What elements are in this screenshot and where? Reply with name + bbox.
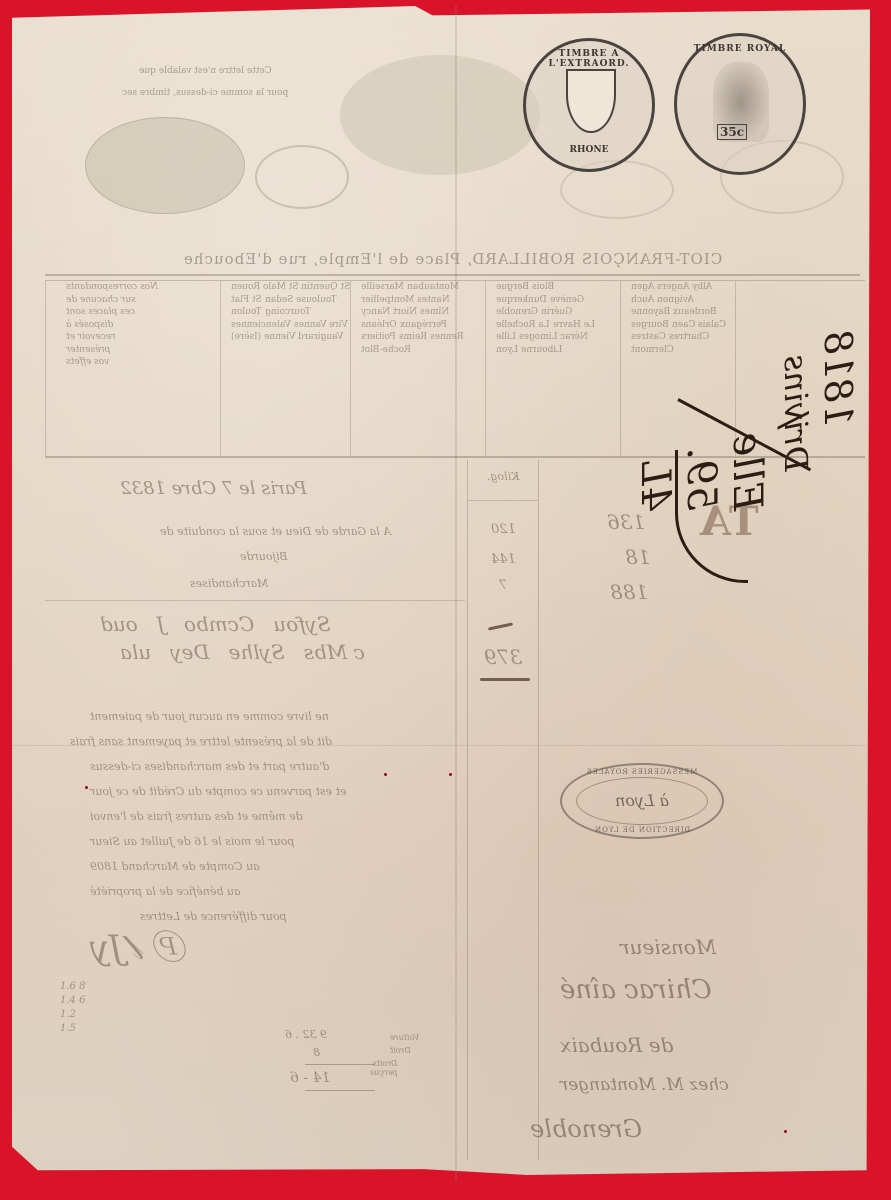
address-text: Chirac aîné <box>560 975 712 1005</box>
header-note-line2: pour la somme ci-dessus, timbre sec <box>122 82 288 104</box>
table-cell: Bergue <box>496 281 529 294</box>
table-cell: Lille <box>496 331 516 344</box>
stamp-text: à Lyon <box>615 791 669 810</box>
table-cell: Perrégaux <box>400 319 447 332</box>
margin-value: 1.6 8 <box>60 980 85 994</box>
table-cell: Sedan <box>265 294 293 307</box>
table-cell: Calais <box>698 319 726 332</box>
right-number: 18 <box>625 545 650 569</box>
table-column-cities-1: Rouen St Malo St Quentin St Flat Sedan T… <box>220 281 351 456</box>
shield-icon <box>566 69 616 133</box>
table-cell: Grenoble <box>496 306 538 319</box>
oval-top-text: MESSAGERIES ROYALES <box>562 768 722 776</box>
lower-line: de même et des autres frais de l'envoi <box>90 810 303 823</box>
table-cell: Niort <box>393 306 417 319</box>
table-cell: sur chacune de <box>66 294 136 307</box>
table-cell: Le Havre <box>553 319 595 332</box>
table-cell: Angers <box>657 281 689 294</box>
label-text: Droits perçus <box>370 1059 397 1077</box>
date-text: Paris le 7 Cbre 1832 <box>120 478 307 499</box>
line-text: au bénéfice de la propriété <box>90 885 241 898</box>
table-cell: Avignon <box>657 294 694 307</box>
table-cell: Montauban <box>407 281 459 294</box>
oval-center-text: à Lyon <box>562 791 722 810</box>
quantity-total: 379 <box>468 645 538 669</box>
scrawl: c Mbs Sylhe Dey ula <box>120 640 365 664</box>
stamp-top-text: TIMBRE ROYAL <box>677 44 803 54</box>
table-cell: Bordeaux <box>673 306 717 319</box>
total-value: 8 <box>313 1046 320 1059</box>
label-text: Voiture <box>390 1033 419 1042</box>
line-text: d'autre part et des marchandises ci-dess… <box>90 760 329 773</box>
stamp-value: 35c <box>717 124 747 140</box>
line-text: pour le mois le 16 de Juillet au Sieur <box>90 835 294 848</box>
total-label: Voiture <box>390 1033 419 1042</box>
lower-line: au Compte de Marchand 1809 <box>90 860 260 873</box>
table-cell: Guérin <box>541 306 572 319</box>
table-cell: Genève <box>550 294 584 307</box>
address-text: chez M. Montanger <box>560 1075 729 1095</box>
value-text: 136 <box>607 510 645 534</box>
line-text: Bijourde <box>240 550 288 563</box>
table-cell: Bayonne <box>631 306 670 319</box>
scrawl: Syfou Ccmbo J oud <box>100 612 331 636</box>
engraved-vignette-left <box>85 117 245 214</box>
line-text: et est parvenu ce compte du Crédit de ce… <box>90 785 346 798</box>
line-text: ne livre comme en aucun jour de paiement <box>90 710 329 723</box>
table-cell: Bourges <box>631 319 669 332</box>
line-text: A la Garde de Dieu et sous la conduite d… <box>160 525 391 538</box>
table-cell: Auch <box>631 294 654 307</box>
address-line1: Monsieur <box>620 935 716 959</box>
table-cell: recevoir et <box>66 331 115 344</box>
address-line2: Chirac aîné <box>560 975 712 1005</box>
tax-stamp-royal: TIMBRE ROYAL 35c <box>674 33 806 175</box>
value-text: 144 <box>491 552 516 567</box>
stamp-bottom-text: RHONE <box>526 145 652 155</box>
total-sum: 14 - 6 <box>290 1070 330 1086</box>
table-cell: Clermont <box>631 344 674 357</box>
value-text: 120 <box>491 522 516 537</box>
underline-mark <box>480 678 530 681</box>
lower-line: d'autre part et des marchandises ci-dess… <box>90 760 329 773</box>
table-cell: Montpellier <box>361 294 414 307</box>
table-cell: Toulon <box>231 306 262 319</box>
total-label: Droit <box>390 1046 411 1055</box>
value-text: 7 <box>499 578 507 593</box>
stamp-text: DIRECTION DE LYON <box>594 826 690 834</box>
table-cell: Poitiers <box>361 331 396 344</box>
table-cell: Nancy <box>361 306 390 319</box>
divider <box>45 600 465 601</box>
line-text: Marchandises <box>190 577 268 590</box>
signature-flourish: Ⓟ 𝓁 Jy <box>90 920 190 969</box>
divider <box>468 500 538 501</box>
value-text: 188 <box>610 580 648 604</box>
table-cell: vos effets <box>66 356 109 369</box>
lower-line: dit de la présente lettre et payement sa… <box>70 735 332 748</box>
address-line3: de Roubaix <box>560 1033 673 1057</box>
address-line4: chez M. Montanger <box>560 1075 729 1095</box>
consignment-line3: Marchandises <box>190 577 268 590</box>
table-cell: Vaugirard <box>298 331 343 344</box>
value-text: 379 <box>484 645 522 669</box>
table-cell: Dunkerque <box>496 294 547 307</box>
lower-line: ne livre comme en aucun jour de paiement <box>90 710 329 723</box>
right-number: 136 <box>607 510 645 534</box>
label-text: Droit <box>390 1046 411 1055</box>
table-column-notes: Nos correspondants sur chacune de ces pl… <box>45 281 216 456</box>
stamp-text: MESSAGERIES ROYALES <box>586 768 697 776</box>
quantity-value: 144 <box>468 552 538 567</box>
table-cell: ces places sont <box>66 306 135 319</box>
quantity-value: 7 <box>468 578 538 593</box>
table-cell: Chartres <box>669 331 709 344</box>
table-cell: présenter <box>66 344 110 357</box>
table-cell: Nos correspondants <box>66 281 158 294</box>
table-cell: Rennes <box>430 331 464 344</box>
scroll-ornament <box>255 145 349 209</box>
date-line: Paris le 7 Cbre 1832 <box>120 478 307 499</box>
table-cell: Lyon <box>496 344 518 357</box>
table-cell: Agen <box>631 281 654 294</box>
address-text: Monsieur <box>620 935 716 959</box>
table-cell: Vire <box>329 319 348 332</box>
quantity-value: 120 <box>468 522 538 537</box>
table-cell: Limoges <box>519 331 558 344</box>
table-cell: Roche-Blot <box>361 344 411 357</box>
address-text: de Roubaix <box>560 1033 673 1057</box>
line-text: au Compte de Marchand 1809 <box>90 860 260 873</box>
table-cell: Castres <box>631 331 666 344</box>
table-cell: Tourcoing <box>265 306 311 319</box>
consignment-line2: Bijourde <box>240 550 288 563</box>
table-cell: Nérac <box>560 331 588 344</box>
value-text: 8 <box>313 1046 320 1059</box>
engraved-vignette-center <box>340 55 540 175</box>
table-cell: Rouen <box>231 281 260 294</box>
printed-title-band: CIOT-FRANÇOIS ROBILLARD, Place de l'Empl… <box>45 244 860 276</box>
title-band-text: CIOT-FRANÇOIS ROBILLARD, Place de l'Empl… <box>183 244 722 274</box>
lower-line: au bénéfice de la propriété <box>90 885 241 898</box>
quantity-column: Kilog. 120 144 7 379 <box>467 460 539 1160</box>
ink-speck <box>784 1130 787 1133</box>
table-cell: St Malo <box>263 281 299 294</box>
ink-speck <box>449 773 452 776</box>
table-cell: La Rochelle <box>496 319 550 332</box>
value-text: 9 32 . 6 <box>285 1028 327 1041</box>
value-text: 14 - 6 <box>290 1070 330 1086</box>
table-cell: Blois <box>532 281 554 294</box>
table-cell: Vannes <box>294 319 327 332</box>
margin-value: 1.2 <box>60 1008 85 1022</box>
table-cell: Marseille <box>361 281 404 294</box>
line-text: dit de la présente lettre et payement sa… <box>70 735 332 748</box>
table-cell: Nîmes <box>420 306 449 319</box>
quantity-header: Kilog. <box>468 470 538 483</box>
margin-figures: 1.6 8 1.4 6 1.2 1.5 <box>60 980 85 1036</box>
table-column-cities-2: Marseille Montauban Montpellier Nantes N… <box>350 281 481 456</box>
table-cell: Valenciennes <box>231 319 291 332</box>
address-text: Grenoble <box>530 1115 642 1143</box>
stamp-top-text: TIMBRE A L'EXTRAORD. <box>526 49 652 69</box>
total-label: Droits perçus <box>370 1059 397 1077</box>
table-cell: St Quentin <box>301 281 350 294</box>
table-cell: Nantes <box>417 294 450 307</box>
oval-bottom-text: DIRECTION DE LYON <box>562 826 722 834</box>
table-cell: Toulouse <box>296 294 337 307</box>
table-cell: St Flat <box>231 294 262 307</box>
header-text: Kilog. <box>487 470 519 483</box>
table-cell: Alby <box>692 281 712 294</box>
lower-line: et est parvenu ce compte du Crédit de ce… <box>90 785 346 798</box>
right-number: 188 <box>610 580 648 604</box>
table-column-cities-3: Bergue Blois Dunkerque Genève Grenoble G… <box>485 281 606 456</box>
messagerie-oval-stamp: MESSAGERIES ROYALES à Lyon DIRECTION DE … <box>560 763 724 839</box>
table-cell: Vienne (Isère) <box>231 331 295 344</box>
table-cell: disposés à <box>66 319 113 332</box>
header-note: Cette lettre n'est valable que pour la s… <box>95 60 315 104</box>
value-text: 18 <box>625 545 650 569</box>
divider <box>305 1090 375 1091</box>
ink-speck <box>384 773 387 776</box>
consignment-line1: A la Garde de Dieu et sous la conduite d… <box>160 525 391 538</box>
lower-line: pour le mois le 16 de Juillet au Sieur <box>90 835 294 848</box>
address-line5: Grenoble <box>530 1115 642 1143</box>
margin-value: 1.5 <box>60 1022 85 1036</box>
ink-speck <box>85 786 88 789</box>
line-text: de même et des autres frais de l'envoi <box>90 810 303 823</box>
table-cell: Libourne <box>521 344 562 357</box>
dash-mark <box>488 622 513 630</box>
table-cell: Caen <box>672 319 695 332</box>
total-value: 9 32 . 6 <box>285 1028 327 1041</box>
header-note-line1: Cette lettre n'est valable que <box>139 60 272 82</box>
fold-line-vertical <box>455 6 457 1182</box>
tax-stamp-extraordinaire: TIMBRE A L'EXTRAORD. RHONE <box>523 38 655 172</box>
table-cell: Orléans <box>361 319 397 332</box>
table-cell: Reims <box>399 331 427 344</box>
divider <box>305 1064 375 1065</box>
margin-value: 1.4 6 <box>60 994 85 1008</box>
